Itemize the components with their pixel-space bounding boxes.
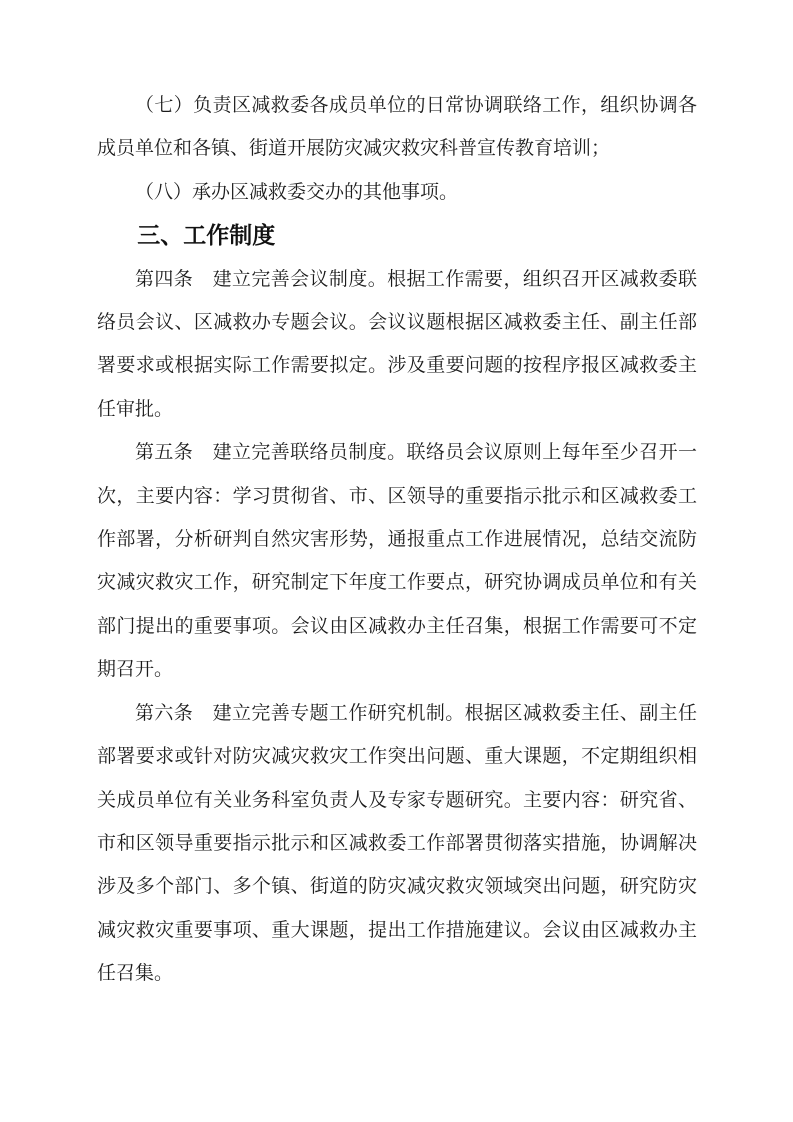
document-body: （七）负责区减救委各成员单位的日常协调联络工作，组织协调各成员单位和各镇、街道开… <box>97 84 697 996</box>
clause-8-paragraph: （八）承办区减救委交办的其他事项。 <box>97 171 697 214</box>
clause-7-paragraph: （七）负责区减救委各成员单位的日常协调联络工作，组织协调各成员单位和各镇、街道开… <box>97 84 697 171</box>
article-6-paragraph: 第六条 建立完善专题工作研究机制。根据区减救委主任、副主任部署要求或针对防灾减灾… <box>97 692 697 996</box>
document-page: （七）负责区减救委各成员单位的日常协调联络工作，组织协调各成员单位和各镇、街道开… <box>0 0 793 1122</box>
article-4-paragraph: 第四条 建立完善会议制度。根据工作需要，组织召开区减救委联络员会议、区减救办专题… <box>97 258 697 432</box>
section-3-heading: 三、工作制度 <box>97 214 697 257</box>
article-5-paragraph: 第五条 建立完善联络员制度。联络员会议原则上每年至少召开一次，主要内容：学习贯彻… <box>97 431 697 691</box>
